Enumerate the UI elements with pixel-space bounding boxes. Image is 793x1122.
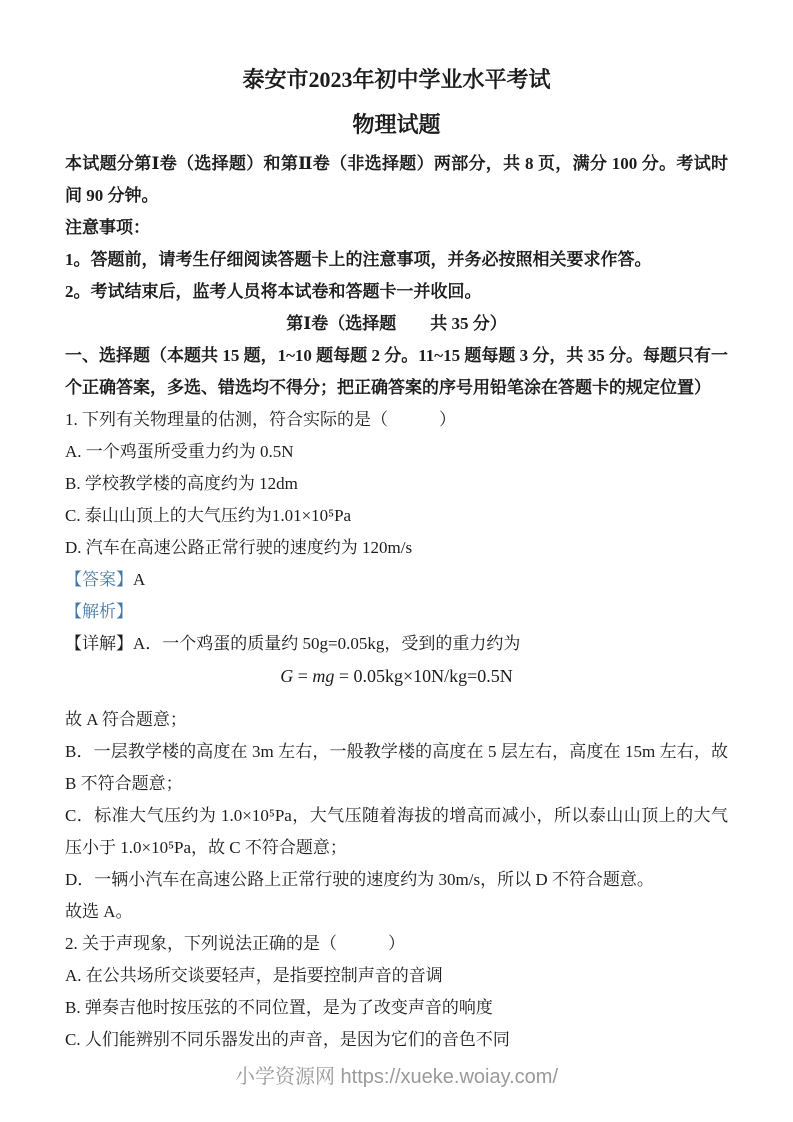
question-1-option-a: A. 一个鸡蛋所受重力约为 0.5N — [65, 436, 728, 468]
question-1-detail-c: C．标准大气压约为 1.0×10⁵Pa，大气压随着海拔的增高而减小，所以泰山山顶… — [65, 800, 728, 864]
exam-title: 泰安市2023年初中学业水平考试 — [65, 66, 728, 93]
question-1-detail-d: D．一辆小汽车在高速公路上正常行驶的速度约为 30m/s，所以 D 不符合题意。 — [65, 864, 728, 896]
notice-heading: 注意事项： — [65, 212, 728, 244]
formula-variable-g: G — [280, 666, 293, 686]
question-1-stem: 1. 下列有关物理量的估测，符合实际的是（ ） — [65, 404, 728, 436]
notice-item-2: 2。考试结束后，监考人员将本试卷和答题卡一并收回。 — [65, 276, 728, 308]
question-1-analysis-line: 【解析】 — [65, 596, 728, 628]
question-1-option-b: B. 学校教学楼的高度约为 12dm — [65, 468, 728, 500]
question-1-detail-intro: 【详解】A．一个鸡蛋的质量约 50g=0.05kg，受到的重力约为 — [65, 628, 728, 660]
gravity-formula: G = mg = 0.05kg×10N/kg=0.5N — [65, 660, 728, 692]
notice-item-1: 1。答题前，请考生仔细阅读答题卡上的注意事项，并务必按照相关要求作答。 — [65, 244, 728, 276]
exam-intro: 本试题分第Ⅰ卷（选择题）和第Ⅱ卷（非选择题）两部分，共 8 页，满分 100 分… — [65, 148, 728, 212]
formula-result: = 0.05kg×10N/kg=0.5N — [334, 666, 512, 686]
part-one-heading: 一、选择题（本题共 15 题，1~10 题每题 2 分。11~15 题每题 3 … — [65, 340, 728, 404]
detail-label: 【详解】 — [65, 634, 133, 653]
question-1-detail-b: B．一层教学楼的高度在 3m 左右，一般教学楼的高度在 5 层左右，高度在 15… — [65, 736, 728, 800]
answer-value: A — [133, 570, 145, 589]
site-watermark: 小学资源网 https://xueke.woiay.com/ — [0, 1060, 793, 1089]
question-1-final-answer: 故选 A。 — [65, 896, 728, 928]
exam-document-page: 泰安市2023年初中学业水平考试 物理试题 本试题分第Ⅰ卷（选择题）和第Ⅱ卷（非… — [65, 66, 728, 1056]
question-1-answer-line: 【答案】A — [65, 564, 728, 596]
exam-subtitle: 物理试题 — [65, 111, 728, 138]
question-2-option-a: A. 在公共场所交谈要轻声，是指要控制声音的音调 — [65, 960, 728, 992]
question-1-option-d: D. 汽车在高速公路正常行驶的速度约为 120m/s — [65, 532, 728, 564]
formula-variable-mg: mg — [312, 666, 334, 686]
question-1-detail-a-conclusion: 故 A 符合题意； — [65, 704, 728, 736]
question-1-option-c: C. 泰山山顶上的大气压约为1.01×10⁵Pa — [65, 500, 728, 532]
section-heading: 第Ⅰ卷（选择题 共 35 分） — [65, 308, 728, 340]
question-2-option-c: C. 人们能辨别不同乐器发出的声音，是因为它们的音色不同 — [65, 1024, 728, 1056]
analysis-label: 【解析】 — [65, 602, 133, 621]
detail-intro-text: A．一个鸡蛋的质量约 50g=0.05kg，受到的重力约为 — [133, 634, 520, 653]
answer-label: 【答案】 — [65, 570, 133, 589]
question-2-stem: 2. 关于声现象，下列说法正确的是（ ） — [65, 928, 728, 960]
formula-equals: = — [293, 666, 312, 686]
question-2-option-b: B. 弹奏吉他时按压弦的不同位置，是为了改变声音的响度 — [65, 992, 728, 1024]
